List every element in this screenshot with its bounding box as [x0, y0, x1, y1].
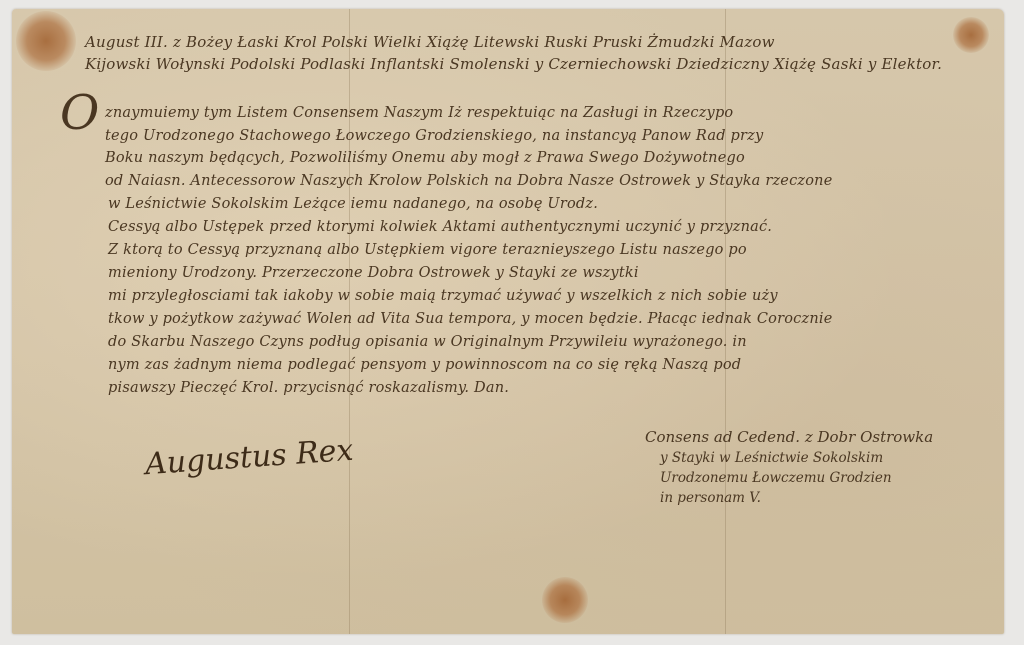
- endorsement-line-4: in personam V.: [660, 490, 761, 506]
- body-line-1: znaymuiemy tym Listem Consensem Naszym I…: [105, 105, 733, 121]
- heading-line-1: August III. z Bożey Łaski Krol Polski Wi…: [85, 33, 775, 51]
- body-line-5: w Leśnictwie Sokolskim Leżące iemu nadan…: [108, 196, 598, 212]
- body-line-10: tkow y pożytkow zażywać Wolen ad Vita Su…: [108, 311, 832, 327]
- stain-bottom-center: [542, 577, 588, 623]
- body-line-11: do Skarbu Naszego Czyns podług opisania …: [108, 334, 747, 350]
- body-line-4: od Naiasn. Antecessorow Naszych Krolow P…: [105, 173, 833, 189]
- body-line-7: Z ktorą to Cessyą przyznaną albo Ustępki…: [108, 242, 747, 258]
- body-line-2: tego Urodzonego Stachowego Łowczego Grod…: [105, 128, 763, 144]
- endorsement-line-1: Consens ad Cedend. z Dobr Ostrowka: [645, 428, 933, 446]
- body-line-3: Boku naszym będących, Pozwoliliśmy Onemu…: [105, 150, 745, 166]
- body-line-13: pisawszy Pieczęć Krol. przycisnąć roskaz…: [108, 380, 509, 396]
- stain-top-left: [16, 11, 76, 71]
- body-line-8: mieniony Urodzony. Przerzeczone Dobra Os…: [108, 265, 639, 281]
- endorsement-line-2: y Stayki w Leśnictwie Sokolskim: [660, 450, 883, 466]
- body-line-6: Cessyą albo Ustępek przed ktorymi kolwie…: [108, 219, 772, 235]
- decorated-initial: O: [60, 85, 99, 141]
- body-line-9: mi przyległosciami tak iakoby w sobie ma…: [108, 288, 778, 304]
- heading-line-2: Kijowski Wołynski Podolski Podlaski Infl…: [85, 55, 942, 73]
- endorsement-line-3: Urodzonemu Łowczemu Grodzien: [660, 470, 892, 486]
- stain-top-right: [953, 17, 989, 53]
- body-line-12: nym zas żadnym niema podlegać pensyom y …: [108, 357, 741, 373]
